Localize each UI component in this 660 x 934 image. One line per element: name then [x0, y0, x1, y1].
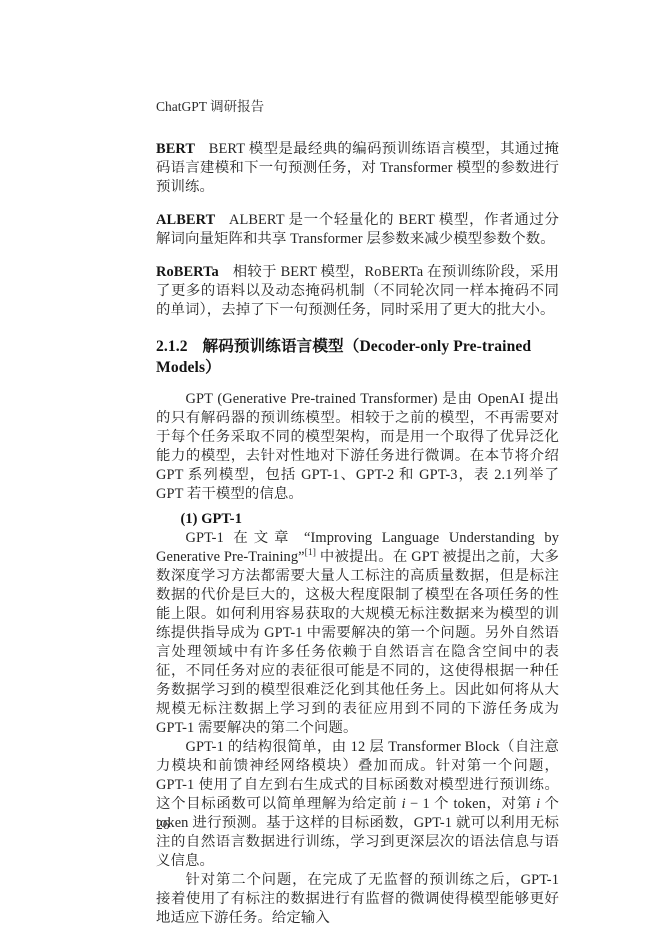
- paragraph-bert: BERTBERT 模型是最经典的编码预训练语言模型，其通过掩码语言建模和下一句预…: [156, 140, 559, 197]
- subheading-gpt1: (1) GPT-1: [156, 510, 559, 529]
- paragraph-albert: ALBERTALBERT 是一个轻量化的 BERT 模型，作者通过分解词向量矩阵…: [156, 211, 559, 249]
- term-albert: ALBERT: [156, 212, 215, 228]
- paragraph-gpt1-structure: GPT-1 的结构很简单，由 12 层 Transformer Block（自注…: [156, 738, 559, 871]
- paragraph-albert-text: ALBERT 是一个轻量化的 BERT 模型，作者通过分解词向量矩阵和共享 Tr…: [156, 212, 559, 247]
- document-page: ChatGPT 调研报告 BERTBERT 模型是最经典的编码预训练语言模型，其…: [0, 0, 660, 934]
- paragraph-roberta: RoBERTa相较于 BERT 模型，RoBERTa 在预训练阶段，采用了更多的…: [156, 263, 559, 320]
- running-header: ChatGPT 调研报告: [156, 97, 559, 116]
- page-content: ChatGPT 调研报告 BERTBERT 模型是最经典的编码预训练语言模型，其…: [156, 97, 559, 928]
- paragraph-gpt-intro: GPT (Generative Pre-trained Transformer)…: [156, 390, 559, 504]
- section-title: 解码预训练语言模型（Decoder-only Pre-trained Model…: [156, 338, 531, 376]
- term-roberta: RoBERTa: [156, 264, 219, 280]
- paragraph-gpt1-paper: GPT-1 在文章 “Improving Language Understand…: [156, 529, 559, 738]
- paragraph-gpt1-paper-post: 中被提出。在 GPT 被提出之前，大多数深度学习方法都需要大量人工标注的高质量数…: [156, 549, 559, 736]
- page-number: 26: [156, 817, 170, 833]
- citation-marker: [1]: [305, 548, 316, 558]
- paragraph-gpt1-finetune: 针对第二个问题，在完成了无监督的预训练之后，GPT-1 接着使用了有标注的数据进…: [156, 871, 559, 928]
- paragraph-gpt1-structure-s2: − 1 个 token，对第: [406, 796, 536, 812]
- paragraph-bert-text: BERT 模型是最经典的编码预训练语言模型，其通过掩码语言建模和下一句预测任务，…: [156, 141, 559, 195]
- section-number: 2.1.2: [156, 338, 188, 355]
- term-bert: BERT: [156, 141, 195, 157]
- section-heading: 2.1.2解码预训练语言模型（Decoder-only Pre-trained …: [156, 336, 559, 378]
